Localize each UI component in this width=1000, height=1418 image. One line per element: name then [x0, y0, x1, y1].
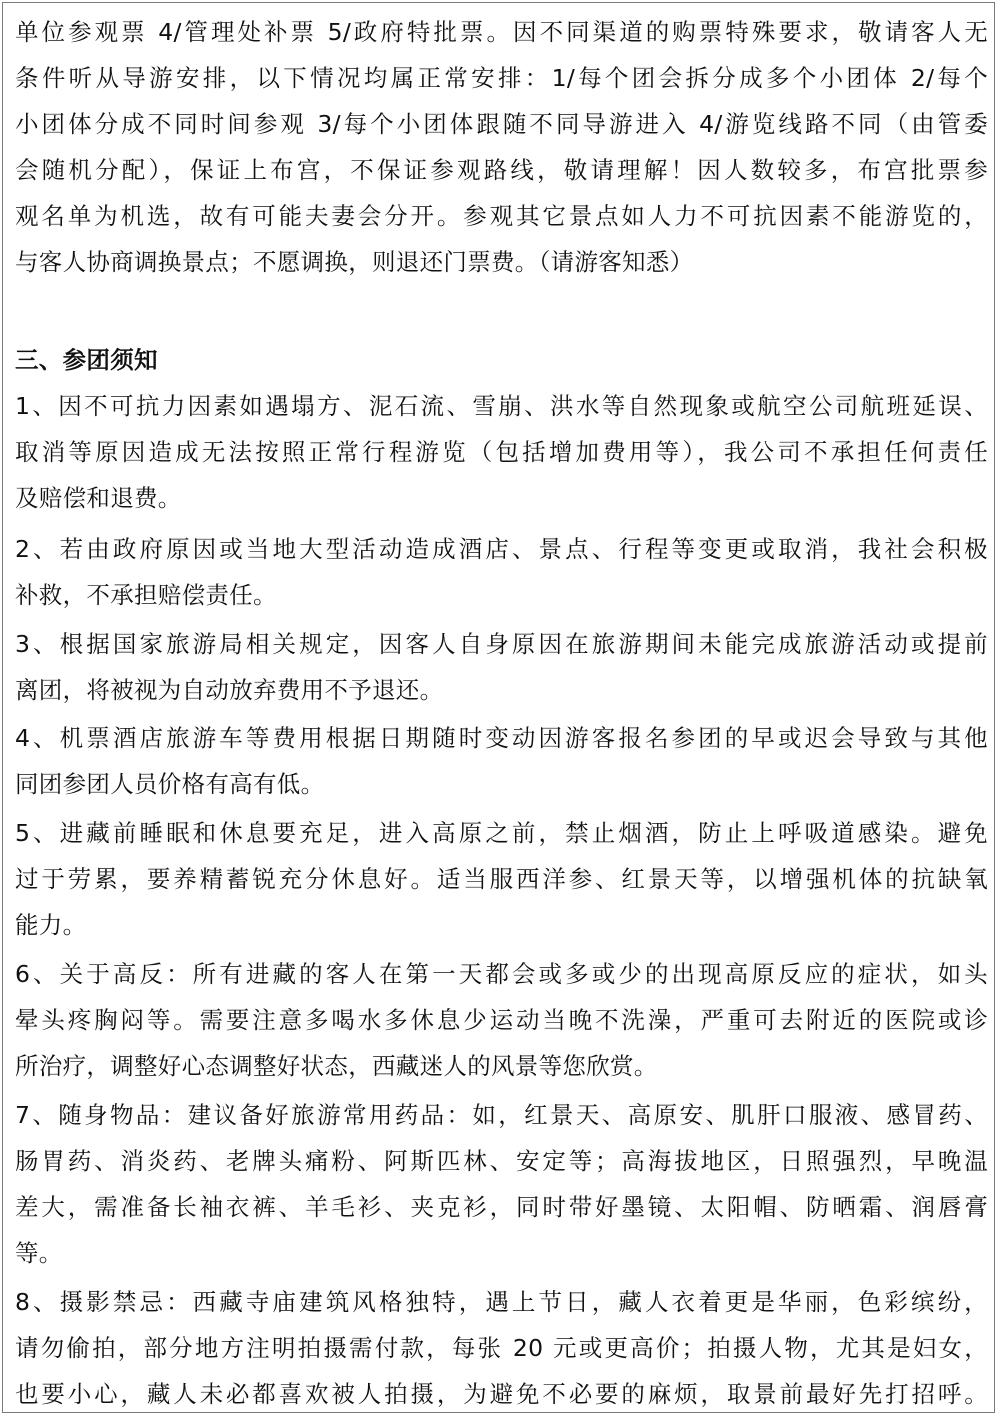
- note-6-line: 所治疗，调整好心态调整好状态，西藏迷人的风景等您欣赏。: [15, 1043, 988, 1089]
- intro-line: 观名单为机选，故有可能夫妻会分开。参观其它景点如人力不可抗因素不能游览的，: [15, 193, 988, 239]
- note-5-line: 能力。: [15, 902, 988, 948]
- intro-line: 与客人协商调换景点；不愿调换，则退还门票费。（请游客知悉）: [15, 239, 988, 285]
- note-7-line: 差大，需准备长袖衣裤、羊毛衫、夹克衫，同时带好墨镜、太阳帽、防晒霜、润唇膏: [15, 1184, 988, 1230]
- note-5-line: 过于劳累，要养精蓄锐充分休息好。适当服西洋参、红景天等，以增强机体的抗缺氧: [15, 856, 988, 902]
- intro-line: 会随机分配），保证上布宫，不保证参观路线，敬请理解！因人数较多，布宫批票参: [15, 147, 988, 193]
- note-4-line: 同团参团人员价格有高有低。: [15, 761, 988, 807]
- intro-line: 条件听从导游安排，以下情况均属正常安排：1/每个团会拆分成多个小团体 2/每个: [15, 55, 988, 101]
- note-4-line: 4、机票酒店旅游车等费用根据日期随时变动因游客报名参团的早或迟会导致与其他: [15, 715, 988, 761]
- note-7-line: 等。: [15, 1230, 988, 1276]
- note-2-line: 2、若由政府原因或当地大型活动造成酒店、景点、行程等变更或取消，我社会积极: [15, 526, 988, 572]
- note-5-line: 5、进藏前睡眠和休息要充足，进入高原之前，禁止烟酒，防止上呼吸道感染。避免: [15, 810, 988, 856]
- note-1-line: 取消等原因造成无法按照正常行程游览（包括增加费用等），我公司不承担任何责任: [15, 429, 988, 475]
- note-3-line: 3、根据国家旅游局相关规定，因客人自身原因在旅游期间未能完成旅游活动或提前: [15, 621, 988, 667]
- note-8-line: 也要小心，藏人未必都喜欢被人拍摄，为避免不必要的麻烦，取景前最好先打招呼。: [15, 1371, 988, 1417]
- note-8-line: 8、摄影禁忌：西藏寺庙建筑风格独特，遇上节日，藏人衣着更是华丽，色彩缤纷，: [15, 1279, 988, 1325]
- note-3-line: 离团，将被视为自动放弃费用不予退还。: [15, 667, 988, 713]
- note-1-line: 1、因不可抗力因素如遇塌方、泥石流、雪崩、洪水等自然现象或航空公司航班延误、: [15, 383, 988, 429]
- note-2-line: 补救，不承担赔偿责任。: [15, 572, 988, 618]
- note-7-line: 肠胃药、消炎药、老牌头痛粉、阿斯匹林、安定等；高海拔地区，日照强烈，早晚温: [15, 1138, 988, 1184]
- note-7-line: 7、随身物品：建议备好旅游常用药品：如，红景天、高原安、肌肝口服液、感冒药、: [15, 1092, 988, 1138]
- section-title: 三、参团须知: [15, 337, 988, 383]
- intro-line: 小团体分成不同时间参观 3/每个小团体跟随不同导游进入 4/游览线路不同（由管委: [15, 101, 988, 147]
- document-page: 单位参观票 4/管理处补票 5/政府特批票。因不同渠道的购票特殊要求，敬请客人无…: [2, 2, 995, 1413]
- note-6-line: 6、关于高反：所有进藏的客人在第一天都会或多或少的出现高原反应的症状，如头: [15, 951, 988, 997]
- note-8-line: 请勿偷拍，部分地方注明拍摄需付款，每张 20 元或更高价；拍摄人物，尤其是妇女，: [15, 1325, 988, 1371]
- note-6-line: 晕头疼胸闷等。需要注意多喝水多休息少运动当晚不洗澡，严重可去附近的医院或诊: [15, 997, 988, 1043]
- intro-line: 单位参观票 4/管理处补票 5/政府特批票。因不同渠道的购票特殊要求，敬请客人无: [15, 9, 988, 55]
- note-1-line: 及赔偿和退费。: [15, 475, 988, 521]
